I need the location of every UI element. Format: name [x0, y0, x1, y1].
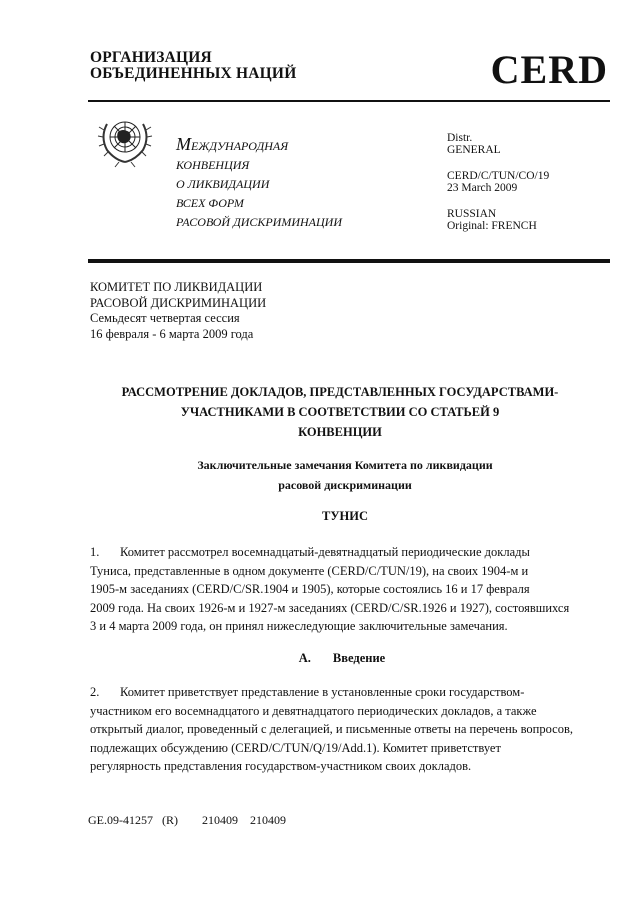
- paragraph-number: 2.: [90, 683, 120, 702]
- paragraph-line: подлежащих обсуждению (CERD/C/TUN/Q/19/A…: [90, 739, 620, 758]
- document-symbol-heading: CERD: [491, 48, 608, 92]
- convention-title-line: МЕЖДУНАРОДНАЯ: [176, 135, 342, 156]
- section-heading: A.Введение: [22, 651, 640, 666]
- country-heading: ТУНИС: [25, 509, 640, 524]
- title-line: УЧАСТНИКАМИ В СООТВЕТСТВИИ СО СТАТЬЕЙ 9: [40, 402, 640, 422]
- organization-name: ОРГАНИЗАЦИЯ ОБЪЕДИНЕННЫХ НАЦИЙ: [90, 50, 296, 82]
- doc-date: 23 March 2009: [447, 182, 549, 194]
- convention-first-word: ЕЖДУНАРОДНАЯ: [191, 139, 288, 153]
- doc-symbol: CERD/C/TUN/CO/19: [447, 170, 549, 182]
- committee-block: КОМИТЕТ ПО ЛИКВИДАЦИИ РАСОВОЙ ДИСКРИМИНА…: [90, 280, 266, 342]
- session-name: Семьдесят четвертая сессия: [90, 311, 266, 327]
- paragraph-line: 3 и 4 марта 2009 года, он принял нижесле…: [90, 617, 620, 636]
- original-language: Original: FRENCH: [447, 220, 549, 232]
- header-divider: [88, 100, 610, 102]
- section-letter: A.: [299, 651, 311, 666]
- paragraph-line: 2009 года. На своих 1926-м и 1927-м засе…: [90, 599, 620, 618]
- paragraph-2: 2.Комитет приветствует представление в у…: [90, 683, 620, 776]
- title-line: РАССМОТРЕНИЕ ДОКЛАДОВ, ПРЕДСТАВЛЕННЫХ ГО…: [40, 382, 640, 402]
- paragraph-text: Комитет рассмотрел восемнадцатый-девятна…: [120, 545, 530, 559]
- convention-line: ВСЕХ ФОРМ: [176, 194, 342, 213]
- paragraph-line: Туниса, представленные в одном документе…: [90, 562, 620, 581]
- committee-name-line: РАСОВОЙ ДИСКРИМИНАЦИИ: [90, 296, 266, 312]
- convention-line: О ЛИКВИДАЦИИ: [176, 175, 342, 194]
- document-subtitle: Заключительные замечания Комитета по лик…: [25, 455, 640, 495]
- paragraph-line: 2.Комитет приветствует представление в у…: [90, 683, 620, 702]
- subtitle-line: Заключительные замечания Комитета по лик…: [25, 455, 640, 475]
- organization-line: ОРГАНИЗАЦИЯ: [90, 50, 296, 66]
- paragraph-1: 1.Комитет рассмотрел восемнадцатый-девят…: [90, 543, 620, 636]
- document-title: РАССМОТРЕНИЕ ДОКЛАДОВ, ПРЕДСТАВЛЕННЫХ ГО…: [40, 382, 640, 442]
- convention-name: МЕЖДУНАРОДНАЯ КОНВЕНЦИЯ О ЛИКВИДАЦИИ ВСЕ…: [176, 135, 342, 232]
- masthead-divider: [88, 259, 610, 263]
- subtitle-line: расовой дискриминации: [25, 475, 640, 495]
- un-emblem-icon: [95, 112, 155, 168]
- paragraph-line: регулярность представления государством-…: [90, 757, 620, 776]
- section-title: Введение: [333, 651, 385, 665]
- job-number-footer: GE.09-41257 (R) 210409 210409: [88, 813, 286, 828]
- title-line: КОНВЕНЦИИ: [40, 422, 640, 442]
- paragraph-text: Комитет приветствует представление в уст…: [120, 685, 524, 699]
- organization-line: ОБЪЕДИНЕННЫХ НАЦИЙ: [90, 66, 296, 82]
- committee-name-line: КОМИТЕТ ПО ЛИКВИДАЦИИ: [90, 280, 266, 296]
- distribution-block: Distr. GENERAL CERD/C/TUN/CO/19 23 March…: [447, 132, 549, 232]
- doc-language: RUSSIAN: [447, 208, 549, 220]
- paragraph-line: участником его восемнадцатого и девятнад…: [90, 702, 620, 721]
- distr-label: Distr.: [447, 132, 549, 144]
- paragraph-line: 1905-м заседаниях (CERD/C/SR.1904 и 1905…: [90, 580, 620, 599]
- convention-initial: М: [176, 134, 191, 154]
- distr-value: GENERAL: [447, 144, 549, 156]
- paragraph-line: открытый диалог, проведенный с делегацие…: [90, 720, 620, 739]
- session-dates: 16 февраля - 6 марта 2009 года: [90, 327, 266, 343]
- convention-line: КОНВЕНЦИЯ: [176, 156, 342, 175]
- paragraph-line: 1.Комитет рассмотрел восемнадцатый-девят…: [90, 543, 620, 562]
- convention-line: РАСОВОЙ ДИСКРИМИНАЦИИ: [176, 213, 342, 232]
- paragraph-number: 1.: [90, 543, 120, 562]
